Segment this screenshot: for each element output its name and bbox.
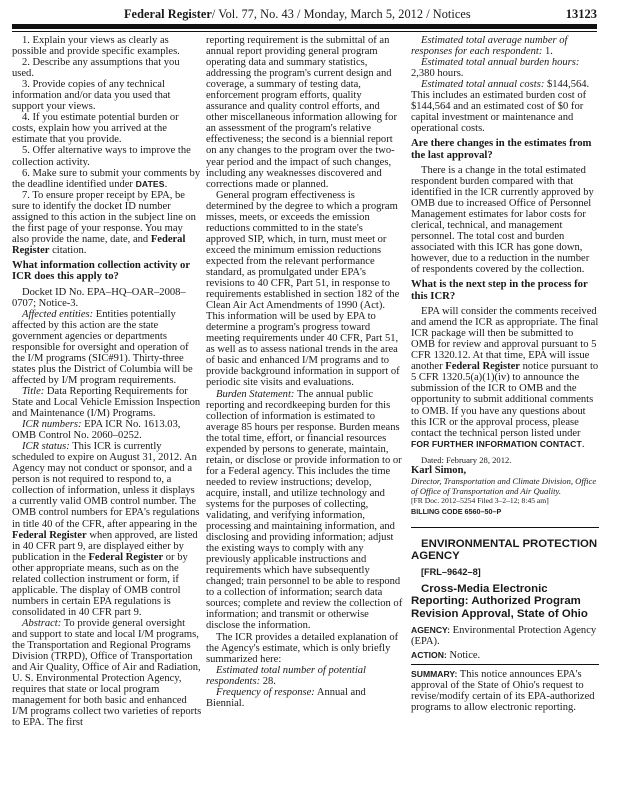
comment-tip-2: 2. Describe any assumptions that you use… [12, 57, 202, 79]
comment-tip-3: 3. Provide copies of any technical infor… [12, 79, 202, 112]
column-3: Estimated total average number of respon… [411, 35, 599, 713]
comment-tip-1: 1. Explain your views as clearly as poss… [12, 35, 202, 57]
icr-title: Title: Data Reporting Requirements for S… [12, 386, 202, 419]
summary-separator [411, 664, 599, 665]
section-heading-icr-activity: What information collection activity or … [12, 260, 202, 283]
comment-tip-7: 7. To ensure proper receipt by EPA, be s… [12, 190, 202, 256]
dated-line: Dated: February 28, 2012. [411, 455, 599, 465]
frequency-of-response: Frequency of response: Annual and Bienni… [206, 687, 403, 709]
docket-id: Docket ID No. EPA–HQ–OAR–2008–0707; Noti… [12, 287, 202, 309]
header-rule-thick [12, 24, 597, 29]
signer-name: Karl Simon, [411, 465, 599, 476]
avg-responses-estimate: Estimated total average number of respon… [411, 35, 599, 57]
page-number: 13123 [566, 7, 597, 22]
notice-separator [411, 527, 599, 528]
frl-number: [FRL–9642–8] [411, 567, 599, 578]
icr-detail: The ICR provides a detailed explanation … [206, 632, 403, 665]
icr-numbers: ICR numbers: EPA ICR No. 1613.03, OMB Co… [12, 419, 202, 441]
comment-tip-6: 6. Make sure to submit your comments by … [12, 168, 202, 190]
changes-text: There is a change in the total estimated… [411, 165, 599, 275]
signer-title: Director, Transportation and Climate Div… [411, 476, 599, 496]
dates-reference: DATES [136, 179, 165, 189]
issue-info: / Vol. 77, No. 43 / Monday, March 5, 201… [212, 7, 471, 21]
agency-line: AGENCY: Environmental Protection Agency … [411, 625, 599, 647]
next-step-text: EPA will consider the comments received … [411, 306, 599, 450]
icr-status: ICR status: This ICR is currently schedu… [12, 441, 202, 618]
comment-tip-5: 5. Offer alternative ways to improve the… [12, 145, 202, 167]
affected-entities: Affected entities: Entities potentially … [12, 309, 202, 386]
notice-title: Cross-Media Electronic Reporting: Author… [411, 583, 599, 620]
column-2: reporting requirement is the submittal o… [206, 35, 403, 709]
fr-doc-line: [FR Doc. 2012–5254 Filed 3–2–12; 8:45 am… [411, 496, 599, 506]
action-line: ACTION: Notice. [411, 650, 599, 661]
header-rule-thin [12, 31, 597, 32]
further-info-reference: FOR FURTHER INFORMATION CONTACT [411, 439, 582, 449]
agency-heading: ENVIRONMENTAL PROTECTION AGENCY [411, 538, 599, 562]
program-effectiveness: General program effectiveness is determi… [206, 190, 403, 389]
section-heading-changes: Are there changes in the estimates from … [411, 138, 599, 161]
page-header: Federal Register/ Vol. 77, No. 43 / Mond… [12, 4, 597, 24]
respondents-estimate: Estimated total number of potential resp… [206, 665, 403, 687]
burden-hours-estimate: Estimated total annual burden hours: 2,3… [411, 57, 599, 79]
abstract-continued: reporting requirement is the submittal o… [206, 35, 403, 190]
abstract: Abstract: To provide general oversight a… [12, 618, 202, 728]
column-1: 1. Explain your views as clearly as poss… [12, 35, 202, 728]
journal-name: Federal Register [124, 7, 212, 21]
summary-line: SUMMARY: This notice announces EPA's app… [411, 669, 599, 713]
section-heading-next-step: What is the next step in the process for… [411, 279, 599, 302]
annual-costs-estimate: Estimated total annual costs: $144,564. … [411, 79, 599, 134]
comment-tip-4: 4. If you estimate potential burden or c… [12, 112, 202, 145]
running-head: Federal Register/ Vol. 77, No. 43 / Mond… [124, 7, 471, 22]
burden-statement: Burden Statement: The annual public repo… [206, 389, 403, 632]
billing-code: BILLING CODE 6560–50–P [411, 506, 599, 517]
